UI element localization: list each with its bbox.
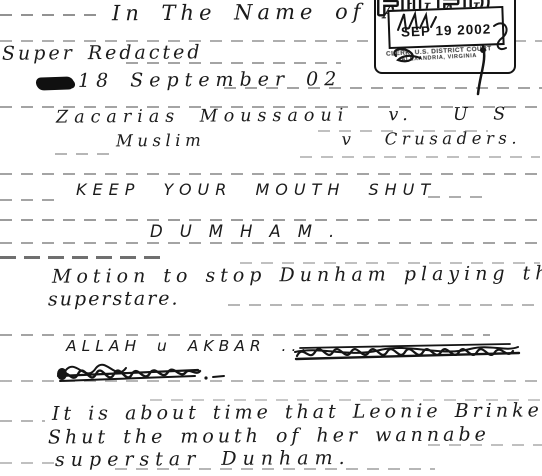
date-line: 18 September 02 [78,70,342,91]
ruled-line [428,196,488,198]
ruled-line [0,242,542,244]
motion-text-line-1: Motion to stop Dunham playing the [52,264,542,287]
ruled-line [0,256,160,259]
body-text-line-1: It is about time that Leonie Brinkema [52,401,542,424]
ruled-line [0,420,45,422]
ruled-line [0,14,102,16]
body-text-line-2: Shut the mouth of her wannabe [48,425,490,447]
ruled-line [0,462,55,464]
ruled-line [0,334,490,336]
redaction-blot [36,76,74,90]
scribble-redaction-2 [57,365,224,381]
ruled-line [0,199,62,201]
body-text-line-3: superstar Dunham. [55,449,351,470]
scribble-redaction-1 [295,344,519,359]
ruled-line [0,219,542,221]
title-line-keep-your-mouth-shut: KEEP YOUR MOUTH SHUT [76,182,436,198]
parties-line: Muslim v Crusaders. [116,131,521,150]
ruled-line [228,304,542,306]
stamp-date-box: SEP 19 2002 [387,6,504,49]
motion-text-line-2: superstare. [48,290,180,310]
case-caption-line: Zacarias Moussaoui v. U S [56,106,511,127]
ruled-line [514,40,542,42]
stamp-date-text: SEP 19 2002 [400,15,491,39]
ruled-line [300,156,540,158]
ruled-line [0,380,542,382]
ruled-line [0,173,542,175]
scanned-handwritten-motion: In The Name of ALLAH Super Redacted 18 S… [0,0,542,476]
ruled-line [55,153,115,155]
title-line-dumham: DUMHAM. [150,224,351,241]
takbir-line: ALLAH u AKBAR ... [66,339,311,355]
court-filed-stamp: FILED SEP 19 2002 CLERK, U.S. DISTRICT C… [374,0,512,70]
super-redacted-line: Super Redacted [2,43,203,63]
